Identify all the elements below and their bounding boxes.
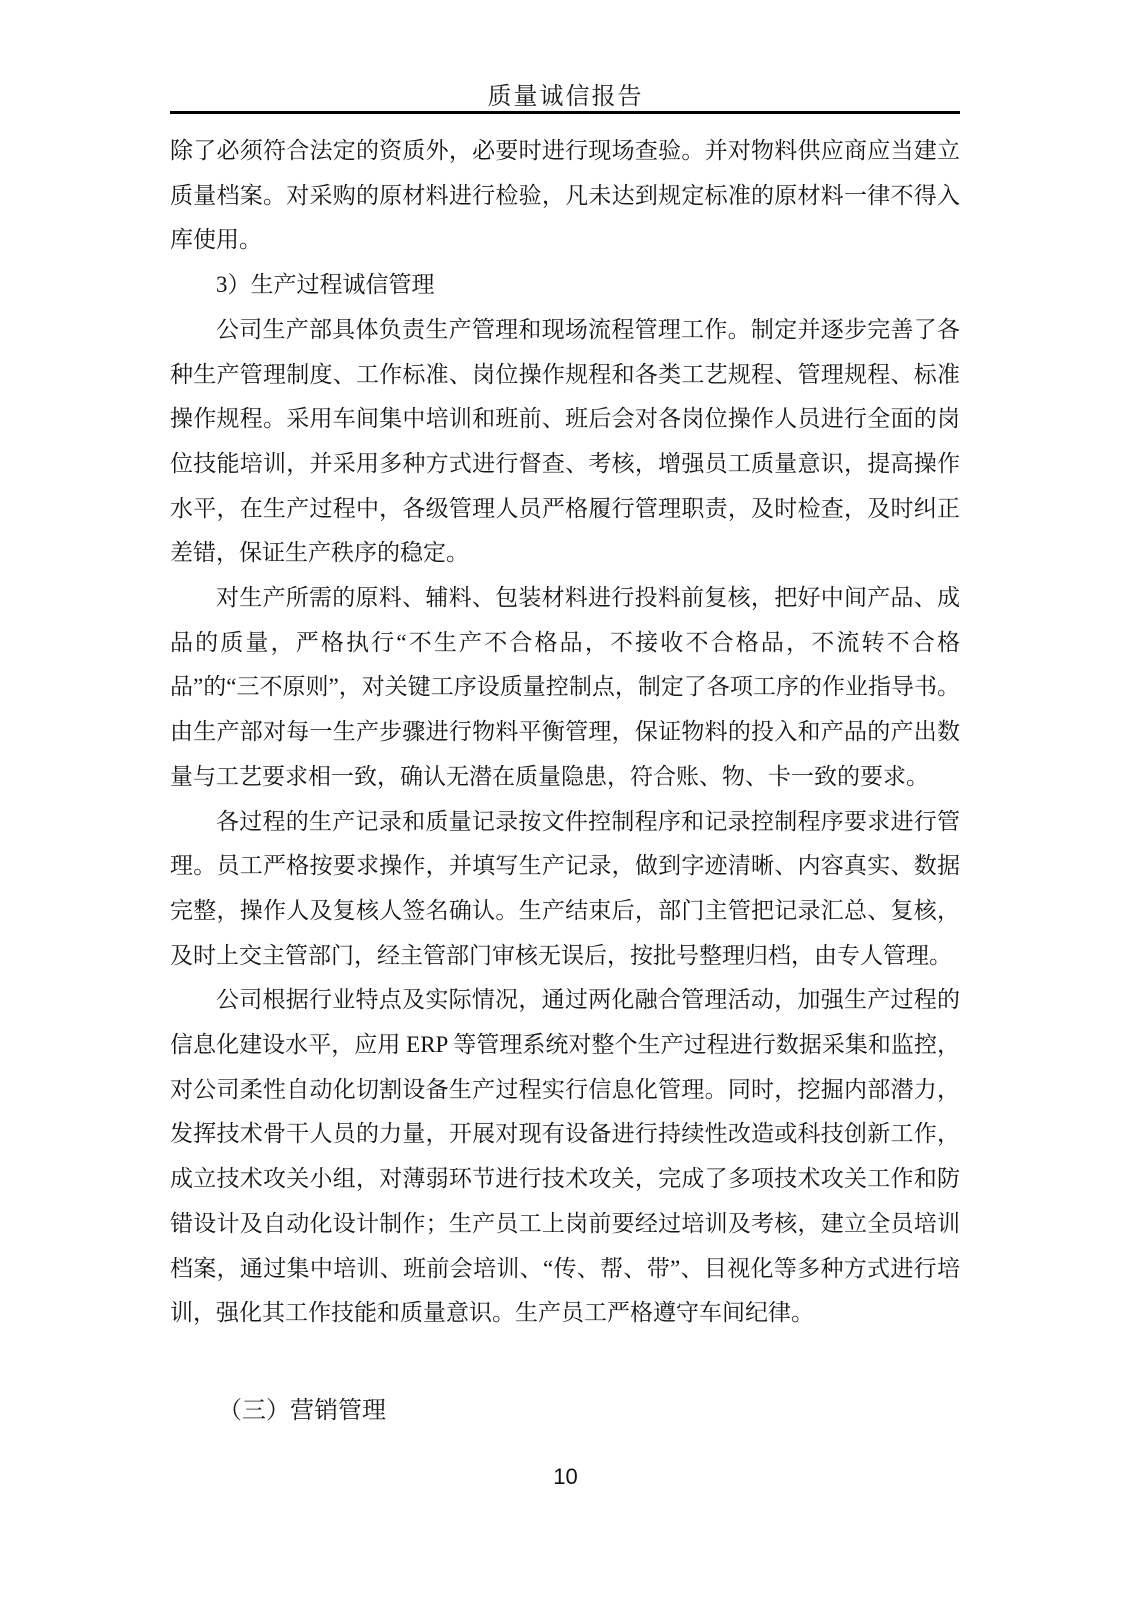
page-number: 10: [0, 1464, 1131, 1490]
header-divider: [170, 111, 960, 114]
paragraph-informatization: 公司根据行业特点及实际情况，通过两化融合管理活动，加强生产过程的信息化建设水平，…: [170, 978, 960, 1336]
document-page: 质量诚信报告 除了必须符合法定的资质外，必要时进行现场查验。并对物料供应商应当建…: [0, 0, 1131, 1600]
paragraph-records-control: 各过程的生产记录和质量记录按文件控制程序和记录控制程序要求进行管理。员工严格按要…: [170, 800, 960, 979]
sub-heading-production-process: 3）生产过程诚信管理: [170, 263, 960, 308]
page-header-title: 质量诚信报告: [0, 76, 1131, 111]
paragraph-material-review: 对生产所需的原料、辅料、包装材料进行投料前复核，把好中间产品、成品的质量，严格执…: [170, 576, 960, 800]
section-heading-marketing: （三）营销管理: [170, 1390, 960, 1425]
paragraph-production-management: 公司生产部具体负责生产管理和现场流程管理工作。制定并逐步完善了各种生产管理制度、…: [170, 308, 960, 576]
document-body: 除了必须符合法定的资质外，必要时进行现场查验。并对物料供应商应当建立质量档案。对…: [170, 129, 960, 1336]
paragraph-continuation: 除了必须符合法定的资质外，必要时进行现场查验。并对物料供应商应当建立质量档案。对…: [170, 129, 960, 263]
